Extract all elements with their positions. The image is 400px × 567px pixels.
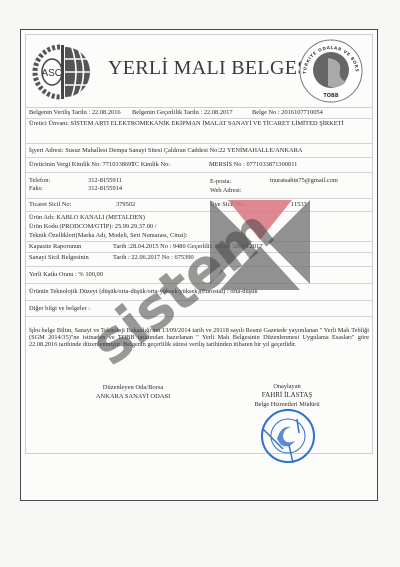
issuer-label: Düzenleyen Oda/Borsa — [73, 383, 193, 392]
member-registry-label: Üye Sicil No: — [210, 200, 245, 210]
document-title: YERLİ MALI BELGESİ — [108, 57, 316, 80]
other-info-row: Diğer bilgi ve belgeler : — [26, 301, 372, 317]
issuer-signature-block: Düzenleyen Oda/Borsa ANKARA SANAYİ ODASI — [73, 383, 193, 401]
mersis-number: MERSİS No : 0771033871300011 — [209, 159, 297, 171]
approver-name: FAHRİ İLASTAŞ — [247, 391, 327, 400]
issue-date: Belgenin Veriliş Tarihi : 22.08.2016 — [29, 109, 121, 117]
issuer-name: ANKARA SANAYİ ODASI — [73, 392, 193, 401]
local-contribution-ratio: Yerli Katkı Oranı : % 100,00 — [29, 271, 103, 278]
address-row: İşyeri Adresi: Susuz Mahallesi Dempa San… — [26, 144, 372, 158]
certificate-header: ASO YERLİ MALI BELGESİ TOBB TÜRKİYE ODAL… — [26, 35, 372, 108]
tc-number: TC Kimlik No: — [131, 159, 170, 171]
tax-number: Üreticinin Vergi Kimlik No: 7710338691 — [29, 159, 135, 171]
producer-title: Üretici Ünvanı: SİSTEM ARTI ELEKTROMEKAN… — [29, 120, 344, 127]
contact-row: Telefon: 312-8155911 Faks: 312-8155914 E… — [26, 176, 372, 199]
web-label: Web Adresi: — [210, 187, 242, 195]
product-name: Ürün Adı: KABLO KANALI (METALDEN) — [29, 213, 369, 222]
tech-level-row: Ürünün Teknolojik Düzeyi (düşük/orta-düş… — [26, 284, 372, 301]
validity-date: Belgenin Geçerlilik Tarihi : 22.08.2017 — [132, 109, 233, 117]
trade-registry-label: Ticaret Sicil No: — [29, 200, 71, 210]
svg-text:ASO: ASO — [41, 68, 62, 79]
technical-specs: Teknik Özellikleri(Marka Adı, Modeli, Se… — [29, 231, 369, 240]
trade-registry-value: 379502 — [116, 200, 135, 210]
capacity-row: Kapasite Raporunun Tarih :28.04.2015 No … — [26, 242, 372, 253]
tobb-logo-icon: TOBB TÜRKİYE ODALAR VE BORSALAR BİRLİĞİ — [298, 38, 364, 104]
technology-level: Ürünün Teknolojik Düzeyi (düşük/orta-düş… — [29, 288, 258, 295]
member-registry-value: 11533 — [291, 200, 307, 210]
approver-label: Onaylayan — [247, 382, 327, 391]
email-label: E-posta: — [210, 178, 231, 186]
local-ratio-row: Yerli Katkı Oranı : % 100,00 — [26, 267, 372, 284]
svg-text:TOBB: TOBB — [323, 93, 338, 99]
other-information: Diğer bilgi ve belgeler : — [29, 305, 90, 312]
industry-registry-detail: Tarih : 22.06.2017 No : 675390 — [113, 254, 194, 262]
industry-registry-row: Sanayi Sicil Belgesinin Tarih : 22.06.20… — [26, 253, 372, 267]
product-row: Ürün Adı: KABLO KANALI (METALDEN) Ürün K… — [26, 212, 372, 242]
legal-statement: İşbu belge Bilim, Sanayi ve Teknoloji Ba… — [26, 317, 372, 349]
phone-value: 312-8155911 — [88, 177, 122, 185]
fax-value: 312-8155914 — [88, 185, 122, 193]
registry-row: Ticaret Sicil No: 379502 Üye Sicil No: 1… — [26, 199, 372, 212]
email-value: muratsahin75@gmail.com — [270, 177, 338, 185]
official-stamp-icon — [253, 405, 323, 471]
dates-row: Belgenin Veriliş Tarihi : 22.08.2016 Bel… — [26, 108, 372, 119]
aso-logo-icon: ASO — [32, 41, 94, 103]
producer-title-row: Üretici Ünvanı: SİSTEM ARTI ELEKTROMEKAN… — [26, 119, 372, 144]
phone-label: Telefon: — [29, 177, 50, 185]
document-number: Belge No : 2016107710054 — [252, 109, 323, 117]
certificate-sheet: ASO YERLİ MALI BELGESİ TOBB TÜRKİYE ODAL… — [20, 29, 378, 501]
product-code: Ürün Kodu (PRODCOM/GTİP): 25.99.29.37.00… — [29, 222, 369, 231]
address: İşyeri Adresi: Susuz Mahallesi Dempa San… — [29, 147, 302, 154]
capacity-label: Kapasite Raporunun — [29, 243, 81, 251]
tax-row: Üreticinin Vergi Kimlik No: 7710338691 T… — [26, 158, 372, 173]
capacity-detail: Tarih :28.04.2015 No : 9480 Geçerlilik S… — [113, 243, 263, 251]
industry-registry-label: Sanayi Sicil Belgesinin — [29, 254, 89, 262]
fax-label: Faks: — [29, 185, 43, 193]
